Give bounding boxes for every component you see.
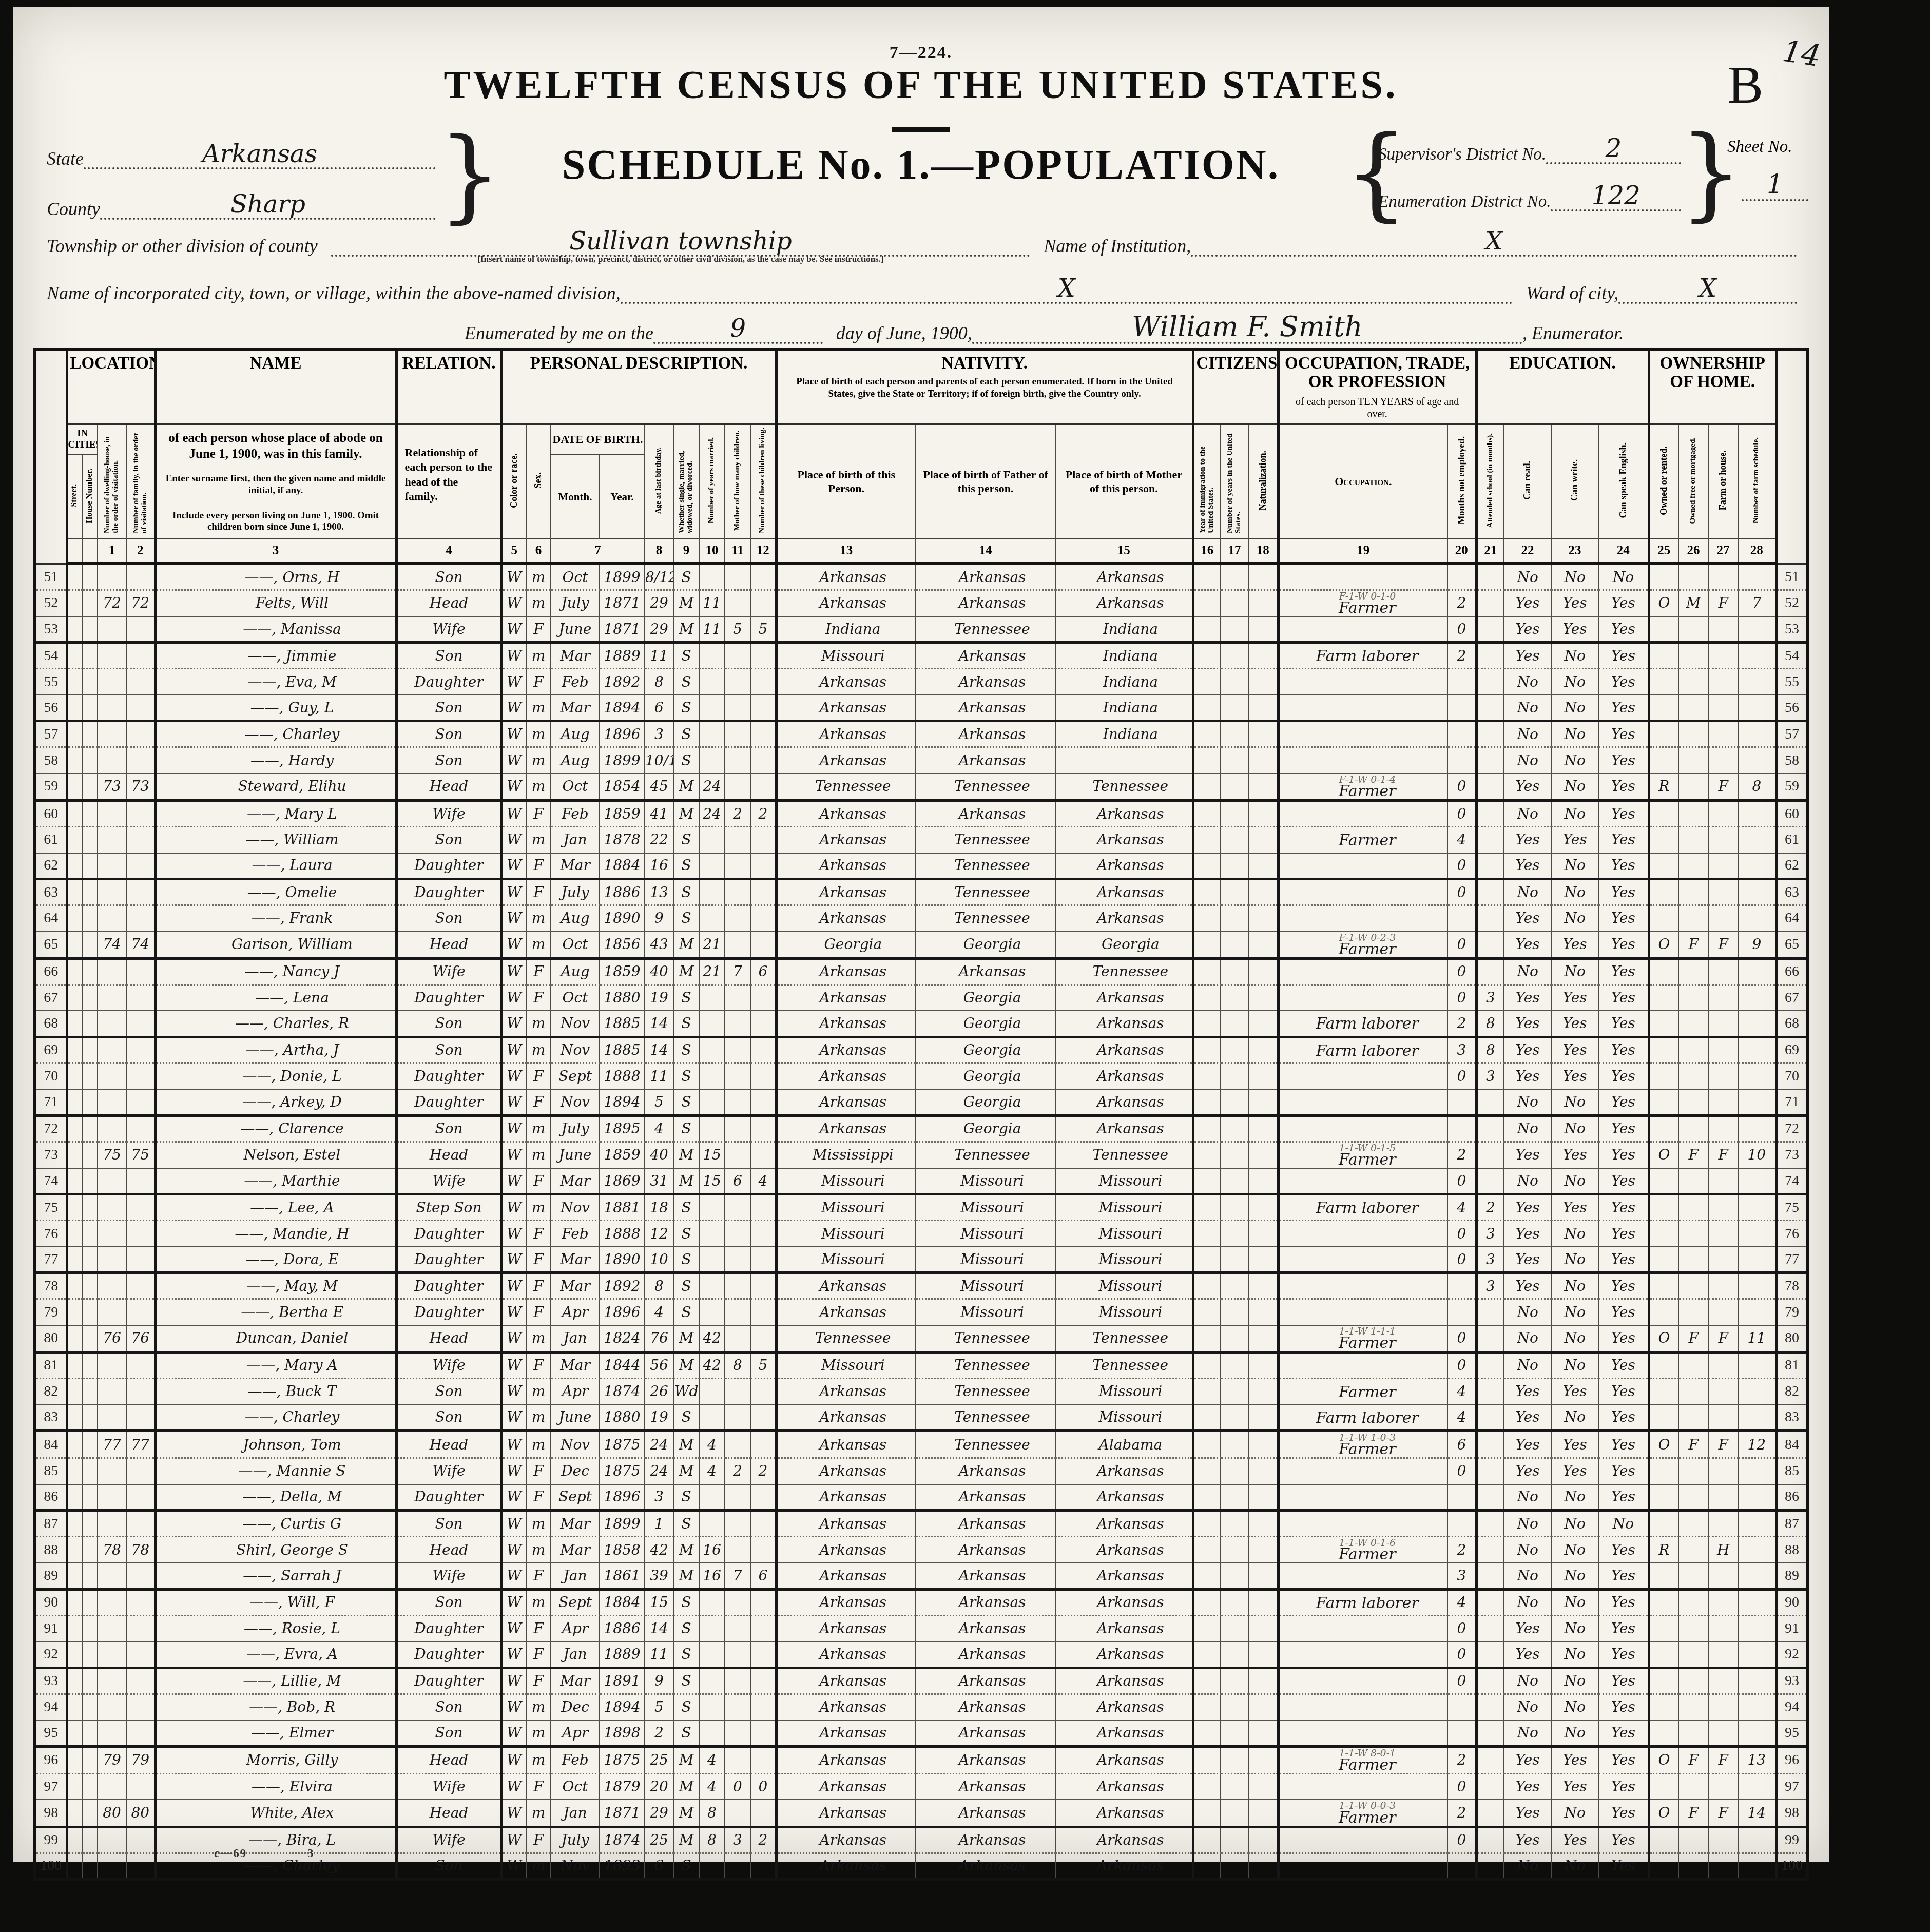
farm-schedule-cell [1738, 616, 1776, 643]
line-number-right: 100 [1776, 1853, 1808, 1879]
occupation-value: Farmer [1288, 1810, 1447, 1826]
farm-house-cell [1708, 853, 1738, 879]
children-living-cell: 2 [750, 801, 776, 827]
birth-year-cell: 1896 [600, 1299, 645, 1325]
marital-status-cell: M [673, 1431, 699, 1458]
header-can-read: Can read. [1504, 424, 1551, 539]
children-living-cell [750, 1089, 776, 1115]
can-read-cell: Yes [1504, 1827, 1551, 1853]
line-number-left: 94 [35, 1694, 67, 1720]
mother-birthplace-cell: Indiana [1055, 721, 1193, 747]
naturalization-cell [1248, 1299, 1278, 1325]
years-married-cell: 8 [699, 1800, 725, 1827]
owned-rented-cell [1649, 616, 1678, 643]
header-can-write: Can write. [1551, 424, 1598, 539]
children-living-cell [750, 932, 776, 959]
immigration-year-cell [1193, 1511, 1221, 1537]
header-relation-desc: Relationship of each person to the head … [396, 424, 501, 539]
can-write-cell: Yes [1551, 1773, 1598, 1800]
birth-month-cell: Feb [551, 669, 600, 695]
months-not-employed-cell: 0 [1447, 932, 1476, 959]
relation-cell: Daughter [396, 1299, 501, 1325]
months-not-employed-cell [1447, 721, 1476, 747]
can-write-cell: No [1551, 879, 1598, 905]
owned-rented-cell [1649, 564, 1678, 590]
occupation-cell [1278, 984, 1447, 1011]
years-in-us-cell [1221, 1142, 1248, 1168]
birthplace-cell: Arkansas [776, 721, 916, 747]
township-note: [Insert name of township, town, precinct… [331, 255, 1030, 263]
line-number-right: 95 [1776, 1720, 1808, 1746]
mother-birthplace-cell: Alabama [1055, 1431, 1193, 1458]
naturalization-cell [1248, 1352, 1278, 1378]
owned-rented-cell [1649, 1827, 1678, 1853]
name-cell: ——, Frank [155, 905, 396, 932]
owned-rented-cell [1649, 1089, 1678, 1115]
birthplace-cell: Missouri [776, 1194, 916, 1221]
line-number-left: 95 [35, 1720, 67, 1746]
line-number-right: 57 [1776, 721, 1808, 747]
line-number-left: 96 [35, 1746, 67, 1773]
name-cell: ——, William [155, 827, 396, 853]
name-cell: ——, Arkey, D [155, 1089, 396, 1115]
attended-school-cell [1476, 669, 1504, 695]
owned-rented-cell [1649, 1352, 1678, 1378]
line-number-right: 79 [1776, 1299, 1808, 1325]
farm-schedule-cell [1738, 1827, 1776, 1853]
district-block: { Supervisor's District No. 2 Enumeratio… [1346, 129, 1829, 230]
years-in-us-cell [1221, 1746, 1248, 1773]
birth-month-cell: Jan [551, 1800, 600, 1827]
occupation-cell: 1-1-W 0-1-6 Farmer [1278, 1537, 1447, 1563]
street-cell [67, 1537, 82, 1563]
age-cell: 1 [645, 1511, 673, 1537]
marital-status-cell: S [673, 1589, 699, 1615]
table-row: 67 ——, Lena Daughter W F Oct 1880 19 S A… [35, 984, 1808, 1011]
father-birthplace-cell: Tennessee [916, 1378, 1055, 1404]
immigration-year-cell [1193, 1168, 1221, 1194]
farm-house-cell: F [1708, 1142, 1738, 1168]
mother-of-children-cell: 2 [725, 801, 750, 827]
house-number-cell [82, 1827, 98, 1853]
farm-schedule-cell: 8 [1738, 774, 1776, 801]
birthplace-cell: Arkansas [776, 1563, 916, 1589]
attended-school-cell [1476, 1800, 1504, 1827]
house-number-cell [82, 1484, 98, 1511]
birthplace-cell: Arkansas [776, 1273, 916, 1299]
name-cell: ——, Mary A [155, 1352, 396, 1378]
years-married-cell: 4 [699, 1746, 725, 1773]
sex-cell: m [526, 1853, 551, 1879]
naturalization-cell [1248, 1115, 1278, 1142]
street-cell [67, 984, 82, 1011]
dwelling-number-cell [98, 1484, 126, 1511]
street-cell [67, 958, 82, 984]
family-number-cell [126, 1484, 155, 1511]
free-mortgaged-cell [1678, 1063, 1708, 1089]
farm-house-cell: F [1708, 774, 1738, 801]
years-married-cell [699, 1511, 725, 1537]
marital-status-cell: S [673, 1511, 699, 1537]
years-in-us-cell [1221, 643, 1248, 669]
relation-cell: Son [396, 564, 501, 590]
can-write-cell: No [1551, 1800, 1598, 1827]
years-in-us-cell [1221, 1800, 1248, 1827]
age-cell: 3 [645, 721, 673, 747]
name-cell: ——, Curtis G [155, 1511, 396, 1537]
house-number-cell [82, 984, 98, 1011]
mother-of-children-cell [725, 1431, 750, 1458]
name-cell: Duncan, Daniel [155, 1325, 396, 1353]
father-birthplace-cell: Arkansas [916, 1746, 1055, 1773]
line-number-left: 56 [35, 695, 67, 721]
years-in-us-cell [1221, 1827, 1248, 1853]
months-not-employed-cell: 4 [1447, 1378, 1476, 1404]
line-number-left: 92 [35, 1641, 67, 1668]
birth-year-cell: 1884 [600, 853, 645, 879]
years-married-cell: 4 [699, 1773, 725, 1800]
family-number-cell [126, 616, 155, 643]
naturalization-cell [1248, 616, 1278, 643]
name-cell: ——, Omelie [155, 879, 396, 905]
immigration-year-cell [1193, 1746, 1221, 1773]
line-number-left: 87 [35, 1511, 67, 1537]
color-cell: W [501, 1668, 526, 1694]
months-not-employed-cell [1447, 747, 1476, 774]
owned-rented-cell [1649, 1511, 1678, 1537]
years-married-cell [699, 695, 725, 721]
years-in-us-cell [1221, 695, 1248, 721]
relation-cell: Daughter [396, 1273, 501, 1299]
farm-schedule-cell [1738, 1720, 1776, 1746]
immigration-year-cell [1193, 1115, 1221, 1142]
years-married-cell: 42 [699, 1325, 725, 1353]
father-birthplace-cell: Georgia [916, 932, 1055, 959]
marital-status-cell: M [673, 801, 699, 827]
house-number-cell [82, 1037, 98, 1063]
header-color: Color or race. [501, 424, 526, 539]
line-number-left: 75 [35, 1194, 67, 1221]
can-read-cell: No [1504, 879, 1551, 905]
months-not-employed-cell: 2 [1447, 1537, 1476, 1563]
mother-birthplace-cell: Arkansas [1055, 1720, 1193, 1746]
enumerator-name: William F. Smith [1132, 311, 1363, 343]
farm-house-cell [1708, 1615, 1738, 1641]
years-in-us-cell [1221, 1273, 1248, 1299]
can-read-cell: No [1504, 1168, 1551, 1194]
street-cell [67, 1827, 82, 1853]
attended-school-cell [1476, 1484, 1504, 1511]
birth-year-cell: 1869 [600, 1168, 645, 1194]
months-not-employed-cell [1447, 1720, 1476, 1746]
relation-cell: Wife [396, 1458, 501, 1484]
line-number-left: 86 [35, 1484, 67, 1511]
years-married-cell [699, 1404, 725, 1431]
mother-birthplace-cell: Arkansas [1055, 1011, 1193, 1037]
birth-year-cell: 1871 [600, 1800, 645, 1827]
street-cell [67, 801, 82, 827]
occupation-note [1288, 1575, 1447, 1577]
header-house-number: House Number. [82, 455, 98, 539]
col-number-blank [67, 539, 82, 564]
occupation-cell [1278, 616, 1447, 643]
farm-schedule-cell [1738, 1352, 1776, 1378]
color-cell: W [501, 1115, 526, 1142]
dwelling-number-cell [98, 1853, 126, 1879]
birth-year-cell: 1889 [600, 1641, 645, 1668]
table-row: 89 ——, Sarrah J Wife W F Jan 1861 39 M 1… [35, 1563, 1808, 1589]
children-living-cell [750, 1142, 776, 1168]
years-in-us-cell [1221, 905, 1248, 932]
years-married-cell: 24 [699, 774, 725, 801]
birthplace-cell: Arkansas [776, 1589, 916, 1615]
birthplace-cell: Arkansas [776, 905, 916, 932]
dwelling-number-cell: 77 [98, 1431, 126, 1458]
family-number-cell [126, 1221, 155, 1247]
birth-year-cell: 1885 [600, 1011, 645, 1037]
father-birthplace-cell: Arkansas [916, 1853, 1055, 1879]
mother-of-children-cell: 0 [725, 1773, 750, 1800]
naturalization-cell [1248, 1221, 1278, 1247]
mother-of-children-cell [725, 1511, 750, 1537]
col-number: 22 [1504, 539, 1551, 564]
age-cell: 18 [645, 1194, 673, 1221]
months-not-employed-cell: 2 [1447, 1746, 1476, 1773]
can-write-cell: No [1551, 1168, 1598, 1194]
owned-rented-cell [1649, 1168, 1678, 1194]
speak-english-cell: Yes [1598, 853, 1649, 879]
age-cell: 4 [645, 1115, 673, 1142]
house-number-cell [82, 564, 98, 590]
street-cell [67, 1773, 82, 1800]
age-cell: 76 [645, 1325, 673, 1353]
family-number-cell [126, 1694, 155, 1720]
sex-cell: F [526, 1668, 551, 1694]
birth-year-cell: 1858 [600, 1537, 645, 1563]
farm-house-cell [1708, 1378, 1738, 1404]
birthplace-cell: Arkansas [776, 1668, 916, 1694]
farm-house-cell [1708, 801, 1738, 827]
enumerated-day-segment: 9 [653, 316, 823, 344]
name-cell: Felts, Will [155, 590, 396, 616]
can-write-cell: No [1551, 1404, 1598, 1431]
free-mortgaged-cell [1678, 1615, 1708, 1641]
relation-cell: Head [396, 1142, 501, 1168]
immigration-year-cell [1193, 1089, 1221, 1115]
years-married-cell [699, 1668, 725, 1694]
owned-rented-cell [1649, 747, 1678, 774]
ward-segment: X [1618, 276, 1797, 304]
can-read-cell: Yes [1504, 984, 1551, 1011]
birth-month-cell: June [551, 616, 600, 643]
occupation-value: Farm laborer [1288, 1016, 1447, 1032]
birthplace-cell: Arkansas [776, 1063, 916, 1089]
free-mortgaged-cell [1678, 643, 1708, 669]
speak-english-cell: Yes [1598, 1589, 1649, 1615]
can-write-cell: No [1551, 1853, 1598, 1879]
line-number-right: 66 [1776, 958, 1808, 984]
line-number-left: 81 [35, 1352, 67, 1378]
line-number-left: 93 [35, 1668, 67, 1694]
farm-schedule-cell [1738, 564, 1776, 590]
mother-birthplace-cell [1055, 747, 1193, 774]
header-nativity-group: NATIVITY.Place of birth of each person a… [776, 350, 1193, 424]
naturalization-cell [1248, 1273, 1278, 1299]
printer-mark-left: c—69 [214, 1847, 247, 1860]
marital-status-cell: S [673, 1037, 699, 1063]
street-cell [67, 1563, 82, 1589]
table-row: 57 ——, Charley Son W m Aug 1896 3 S Arka… [35, 721, 1808, 747]
owned-rented-cell [1649, 669, 1678, 695]
family-number-cell [126, 1168, 155, 1194]
speak-english-cell: Yes [1598, 879, 1649, 905]
relation-cell: Wife [396, 958, 501, 984]
years-in-us-cell [1221, 1589, 1248, 1615]
farm-house-cell: F [1708, 1746, 1738, 1773]
marital-status-cell: S [673, 1720, 699, 1746]
occupation-cell: Farm laborer [1278, 1404, 1447, 1431]
mother-of-children-cell [725, 695, 750, 721]
immigration-year-cell [1193, 747, 1221, 774]
attended-school-cell [1476, 1431, 1504, 1458]
name-cell: ——, Charles, R [155, 1011, 396, 1037]
dwelling-number-cell [98, 1247, 126, 1273]
family-number-cell [126, 984, 155, 1011]
years-in-us-cell [1221, 1615, 1248, 1641]
table-row: 61 ——, William Son W m Jan 1878 22 S Ark… [35, 827, 1808, 853]
farm-schedule-cell [1738, 1221, 1776, 1247]
age-cell: 25 [645, 1827, 673, 1853]
mother-birthplace-cell: Arkansas [1055, 564, 1193, 590]
table-row: 55 ——, Eva, M Daughter W F Feb 1892 8 S … [35, 669, 1808, 695]
years-in-us-cell [1221, 1378, 1248, 1404]
mother-birthplace-cell: Indiana [1055, 669, 1193, 695]
census-table: LOCATION. NAME RELATION. PERSONAL DESCRI… [33, 348, 1809, 1881]
father-birthplace-cell: Missouri [916, 1273, 1055, 1299]
age-cell: 13 [645, 879, 673, 905]
can-read-cell: Yes [1504, 1404, 1551, 1431]
family-number-cell [126, 1773, 155, 1800]
free-mortgaged-cell [1678, 1484, 1708, 1511]
mother-birthplace-cell: Arkansas [1055, 1746, 1193, 1773]
farm-house-cell [1708, 1668, 1738, 1694]
birth-month-cell: Mar [551, 1668, 600, 1694]
family-number-cell [126, 1720, 155, 1746]
line-number-left: 66 [35, 958, 67, 984]
farm-house-cell [1708, 1484, 1738, 1511]
father-birthplace-cell: Georgia [916, 1089, 1055, 1115]
color-cell: W [501, 747, 526, 774]
color-cell: W [501, 1221, 526, 1247]
line-number-right: 76 [1776, 1221, 1808, 1247]
speak-english-cell: Yes [1598, 1063, 1649, 1089]
table-row: 86 ——, Della, M Daughter W F Sept 1896 3… [35, 1484, 1808, 1511]
attended-school-cell [1476, 1142, 1504, 1168]
marital-status-cell: S [673, 1404, 699, 1431]
color-cell: W [501, 1458, 526, 1484]
dwelling-number-cell [98, 1404, 126, 1431]
can-read-cell: Yes [1504, 1142, 1551, 1168]
attended-school-cell [1476, 1115, 1504, 1142]
color-cell: W [501, 1589, 526, 1615]
owned-rented-cell [1649, 1484, 1678, 1511]
occupation-note [1288, 1285, 1447, 1287]
table-row: 54 ——, Jimmie Son W m Mar 1889 11 S Miss… [35, 643, 1808, 669]
speak-english-cell: Yes [1598, 695, 1649, 721]
speak-english-cell: Yes [1598, 1247, 1649, 1273]
street-cell [67, 590, 82, 616]
birthplace-cell: Arkansas [776, 1853, 916, 1879]
house-number-cell [82, 1352, 98, 1378]
naturalization-cell [1248, 1325, 1278, 1353]
relation-cell: Head [396, 1325, 501, 1353]
years-in-us-cell [1221, 1247, 1248, 1273]
occupation-cell [1278, 721, 1447, 747]
dwelling-number-cell: 73 [98, 774, 126, 801]
children-living-cell [750, 879, 776, 905]
occupation-cell [1278, 1299, 1447, 1325]
months-not-employed-cell [1447, 1853, 1476, 1879]
farm-schedule-cell [1738, 905, 1776, 932]
table-row: 88 78 78 Shirl, George S Head W m Mar 18… [35, 1537, 1808, 1563]
years-in-us-cell [1221, 774, 1248, 801]
birth-year-cell: 1875 [600, 1458, 645, 1484]
years-in-us-cell [1221, 1115, 1248, 1142]
years-in-us-cell [1221, 669, 1248, 695]
can-read-cell: Yes [1504, 1615, 1551, 1641]
owned-rented-cell [1649, 643, 1678, 669]
children-living-cell [750, 1853, 776, 1879]
dwelling-number-cell [98, 905, 126, 932]
can-write-cell: No [1551, 853, 1598, 879]
months-not-employed-cell [1447, 1273, 1476, 1299]
table-row: 95 ——, Elmer Son W m Apr 1898 2 S Arkans… [35, 1720, 1808, 1746]
owned-rented-cell [1649, 853, 1678, 879]
enumerated-mid: day of June, 1900, [836, 322, 972, 344]
age-cell: 16 [645, 853, 673, 879]
birthplace-cell: Arkansas [776, 1800, 916, 1827]
can-write-cell: No [1551, 1352, 1598, 1378]
father-birthplace-cell: Arkansas [916, 1458, 1055, 1484]
years-in-us-cell [1221, 879, 1248, 905]
marital-status-cell: S [673, 1694, 699, 1720]
months-not-employed-cell: 4 [1447, 1194, 1476, 1221]
line-number-left: 83 [35, 1404, 67, 1431]
mother-birthplace-cell: Arkansas [1055, 1563, 1193, 1589]
attended-school-cell [1476, 1168, 1504, 1194]
months-not-employed-cell: 3 [1447, 1037, 1476, 1063]
mother-birthplace-cell: Missouri [1055, 1247, 1193, 1273]
owned-rented-cell [1649, 1011, 1678, 1037]
line-number-right: 55 [1776, 669, 1808, 695]
occupation-note [1288, 865, 1447, 866]
occupation-cell: Farm laborer [1278, 643, 1447, 669]
free-mortgaged-cell [1678, 747, 1708, 774]
relation-cell: Daughter [396, 1484, 501, 1511]
mother-birthplace-cell: Missouri [1055, 1273, 1193, 1299]
occupation-note [1288, 1654, 1447, 1655]
age-cell: 9 [645, 905, 673, 932]
farm-schedule-cell [1738, 1484, 1776, 1511]
birthplace-cell: Arkansas [776, 1431, 916, 1458]
father-birthplace-cell: Tennessee [916, 1352, 1055, 1378]
house-number-cell [82, 1641, 98, 1668]
father-birthplace-cell: Tennessee [916, 774, 1055, 801]
sex-cell: F [526, 1458, 551, 1484]
name-cell: Johnson, Tom [155, 1431, 396, 1458]
father-birthplace-cell: Missouri [916, 1221, 1055, 1247]
family-number-cell: 77 [126, 1431, 155, 1458]
